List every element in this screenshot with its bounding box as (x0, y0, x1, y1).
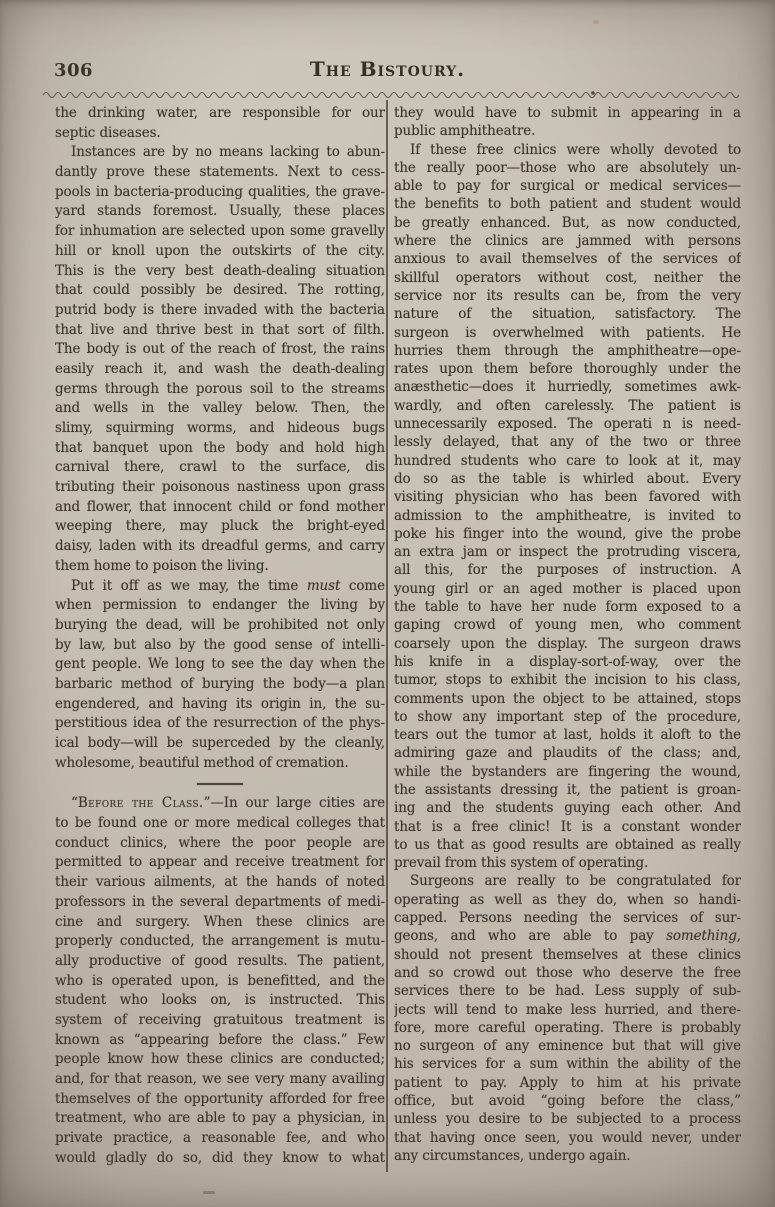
section-divider (55, 773, 385, 794)
left-column-top-section: the drinking water, are responsible for … (55, 104, 385, 773)
text-line: admiring gaze and plaudits of the class;… (394, 744, 741, 762)
text-line: that is a free clinic! It is a constant … (394, 818, 741, 836)
text-line: This is the very best death-dealing situ… (55, 262, 385, 282)
text-line: Put it off as we may, the time must come (55, 577, 385, 597)
text-line: skillful operators without cost, neither… (394, 269, 741, 287)
text-line: carnival there, crawl to the surface, di… (55, 458, 385, 478)
text-line: admission to the amphitheatre, is invite… (394, 507, 741, 525)
text-line: any circumstances, undergo again. (394, 1147, 741, 1165)
text-line: people know how these clinics are conduc… (55, 1050, 385, 1070)
text-line: them home to poison the living. (55, 557, 385, 577)
text-line: professors in the several departments of… (55, 893, 385, 913)
scan-speck (203, 1191, 215, 1194)
text-line: properly conducted, the arrangement is m… (55, 932, 385, 952)
text-line: The body is out of the reach of frost, t… (55, 340, 385, 360)
scan-speck (593, 20, 599, 24)
text-line: daisy, laden with its dreadful germs, an… (55, 537, 385, 557)
text-line: anxious to avail themselves of the servi… (394, 250, 741, 268)
column-divider-rule (386, 100, 388, 1172)
text-line: young girl or an aged mother is placed u… (394, 580, 741, 598)
text-line: service nor its results can be, from the… (394, 287, 741, 305)
text-line: hill or knoll upon the outskirts of the … (55, 242, 385, 262)
text-line: prevail from this system of operating. (394, 854, 741, 872)
text-line: surgeon is overwhelmed with patients. He (394, 324, 741, 342)
text-line: the drinking water, are responsible for … (55, 104, 385, 124)
text-line: no surgeon of any eminence but that will… (394, 1037, 741, 1055)
text-line: and so crowd out those who deserve the f… (394, 964, 741, 982)
text-line: student who looks on, is instructed. Thi… (55, 991, 385, 1011)
text-line: system of receiving gratuitous treatment… (55, 1011, 385, 1031)
text-line: “Before the Class.”—In our large cities … (55, 794, 385, 814)
text-line: to us that as good results are obtained … (394, 836, 741, 854)
text-line: hundred students who care to look at it,… (394, 452, 741, 470)
text-line: be greatly enhanced. But, as now conduct… (394, 214, 741, 232)
section-divider-rule (197, 783, 243, 785)
text-line: that having once seen, you would never, … (394, 1129, 741, 1147)
text-line: the benefits to both patient and student… (394, 195, 741, 213)
text-line: rates upon them before thoroughly under … (394, 360, 741, 378)
scanned-page: { "document": { "page_number": "306", "t… (0, 0, 775, 1207)
text-line: his services for a sum within the abilit… (394, 1055, 741, 1073)
text-line: their various ailments, at the hands of … (55, 873, 385, 893)
text-line: hurries them through the amphitheatre—op… (394, 342, 741, 360)
text-line: operating as well as they do, when so ha… (394, 891, 741, 909)
text-line: that banquet upon the body and hold high (55, 439, 385, 459)
text-line: unless you desire to be subjected to a p… (394, 1110, 741, 1128)
text-line: slimy, squirming worms, and hideous bugs (55, 419, 385, 439)
text-line: public amphitheatre. (394, 122, 741, 140)
text-line: Instances are by no means lacking to abu… (55, 143, 385, 163)
ink-blot (591, 91, 595, 95)
text-line: germs through the porous soil to the str… (55, 380, 385, 400)
text-line: pools in bacteria-producing qualities, t… (55, 183, 385, 203)
text-line: would gladly do so, did they know to wha… (55, 1149, 385, 1169)
text-line: dantly prove these statements. Next to c… (55, 163, 385, 183)
text-line: all this, for the purposes of instructio… (394, 561, 741, 579)
text-line: that could possibly be desired. The rott… (55, 281, 385, 301)
text-line: for inhumation are selected upon some gr… (55, 222, 385, 242)
text-line: services there to be had. Less supply of… (394, 982, 741, 1000)
left-column-bottom-section: “Before the Class.”—In our large cities … (55, 794, 385, 1168)
text-line: his knife in a display-sort-of-way, over… (394, 653, 741, 671)
text-line: the table to have her nude form exposed … (394, 598, 741, 616)
text-line: known as “appearing before the class.” F… (55, 1031, 385, 1051)
right-column: they would have to submit in appearing i… (394, 104, 741, 1165)
text-line: weeping there, may pluck the bright-eyed (55, 517, 385, 537)
text-line: ing and the students guying each other. … (394, 799, 741, 817)
text-line: permitted to appear and receive treatmen… (55, 853, 385, 873)
text-line: gent people. We long to see the day when… (55, 655, 385, 675)
text-line: do so as the table is whirled about. Eve… (394, 470, 741, 488)
text-line: wardly, and often carelessly. The patien… (394, 397, 741, 415)
text-line: themselves of the opportunity afforded f… (55, 1090, 385, 1110)
text-line: and flower, that innocent child or fond … (55, 498, 385, 518)
text-line: to be found one or more medical colleges… (55, 814, 385, 834)
text-line: where the clinics are jammed with person… (394, 232, 741, 250)
text-line: office, but avoid “going before the clas… (394, 1092, 741, 1110)
left-column: the drinking water, are responsible for … (55, 104, 385, 1168)
text-line: putrid body is there invaded with the ba… (55, 301, 385, 321)
text-line: tumor, stops to exhibit the incision to … (394, 671, 741, 689)
wavy-rule-decoration (42, 87, 742, 101)
text-line: coarsely upon the display. The surgeon d… (394, 635, 741, 653)
text-line: easily reach it, and wash the death-deal… (55, 360, 385, 380)
text-line: to show any important step of the proced… (394, 708, 741, 726)
text-line: geons, and who are able to pay something… (394, 927, 741, 945)
text-line: the really poor—those who are absolutely… (394, 159, 741, 177)
text-line: should not present themselves at these c… (394, 946, 741, 964)
text-line: when permission to endanger the living b… (55, 596, 385, 616)
text-line: and wells in the valley below. Then, the (55, 399, 385, 419)
text-line: comments upon the object to be attained,… (394, 690, 741, 708)
text-line: conduct clinics, where the poor people a… (55, 834, 385, 854)
text-line: poke his finger into the wound, give the… (394, 525, 741, 543)
text-line: yard stands foremost. Usually, these pla… (55, 202, 385, 222)
text-line: patient to pay. Apply to him at his priv… (394, 1074, 741, 1092)
text-line: barbaric method of burying the body—a pl… (55, 675, 385, 695)
text-line: engendered, and having its origin in, th… (55, 695, 385, 715)
text-line: tears out the tumor at last, holds it al… (394, 726, 741, 744)
text-line: they would have to submit in appearing i… (394, 104, 741, 122)
text-line: private practice, a reasonable fee, and … (55, 1129, 385, 1149)
text-line: If these free clinics were wholly devote… (394, 141, 741, 159)
text-line: and, for that reason, we see very many a… (55, 1070, 385, 1090)
text-line: anæsthetic—does it hurriedly, sometimes … (394, 378, 741, 396)
text-line: cine and surgery. When these clinics are (55, 913, 385, 933)
text-line: while the bystanders are fingering the w… (394, 763, 741, 781)
text-line: treatment, who are able to pay a physici… (55, 1109, 385, 1129)
text-line: unnecessarily exposed. The operati n is … (394, 415, 741, 433)
text-line: who is operated upon, is benefitted, and… (55, 972, 385, 992)
text-line: septic diseases. (55, 124, 385, 144)
text-line: the assistants dressing it, the patient … (394, 781, 741, 799)
text-line: jects will tend to make less hurried, an… (394, 1001, 741, 1019)
text-line: ally productive of good results. The pat… (55, 952, 385, 972)
text-line: an extra jam or inspect the protruding v… (394, 543, 741, 561)
text-line: fore, more careful operating. There is p… (394, 1019, 741, 1037)
text-line: nature of the situation, satisfactory. T… (394, 305, 741, 323)
text-line: that live and thrive best in that sort o… (55, 321, 385, 341)
text-line: visiting physician who has been favored … (394, 488, 741, 506)
text-line: gaping crowd of young men, who comment (394, 616, 741, 634)
text-line: perstitious idea of the resurrection of … (55, 714, 385, 734)
text-line: ical body—will be superceded by the clea… (55, 734, 385, 754)
page-title: The Bistoury. (0, 57, 775, 81)
text-line: lessly delayed, that any of the two or t… (394, 433, 741, 451)
text-line: by law, but also by the good sense of in… (55, 636, 385, 656)
text-line: tributing their poisonous nastiness upon… (55, 478, 385, 498)
text-line: capped. Persons needing the services of … (394, 909, 741, 927)
text-line: burying the dead, will be prohibited not… (55, 616, 385, 636)
text-line: wholesome, beautiful method of cremation… (55, 754, 385, 774)
text-line: Surgeons are really to be congratulated … (394, 872, 741, 890)
text-line: able to pay for surgical or medical serv… (394, 177, 741, 195)
